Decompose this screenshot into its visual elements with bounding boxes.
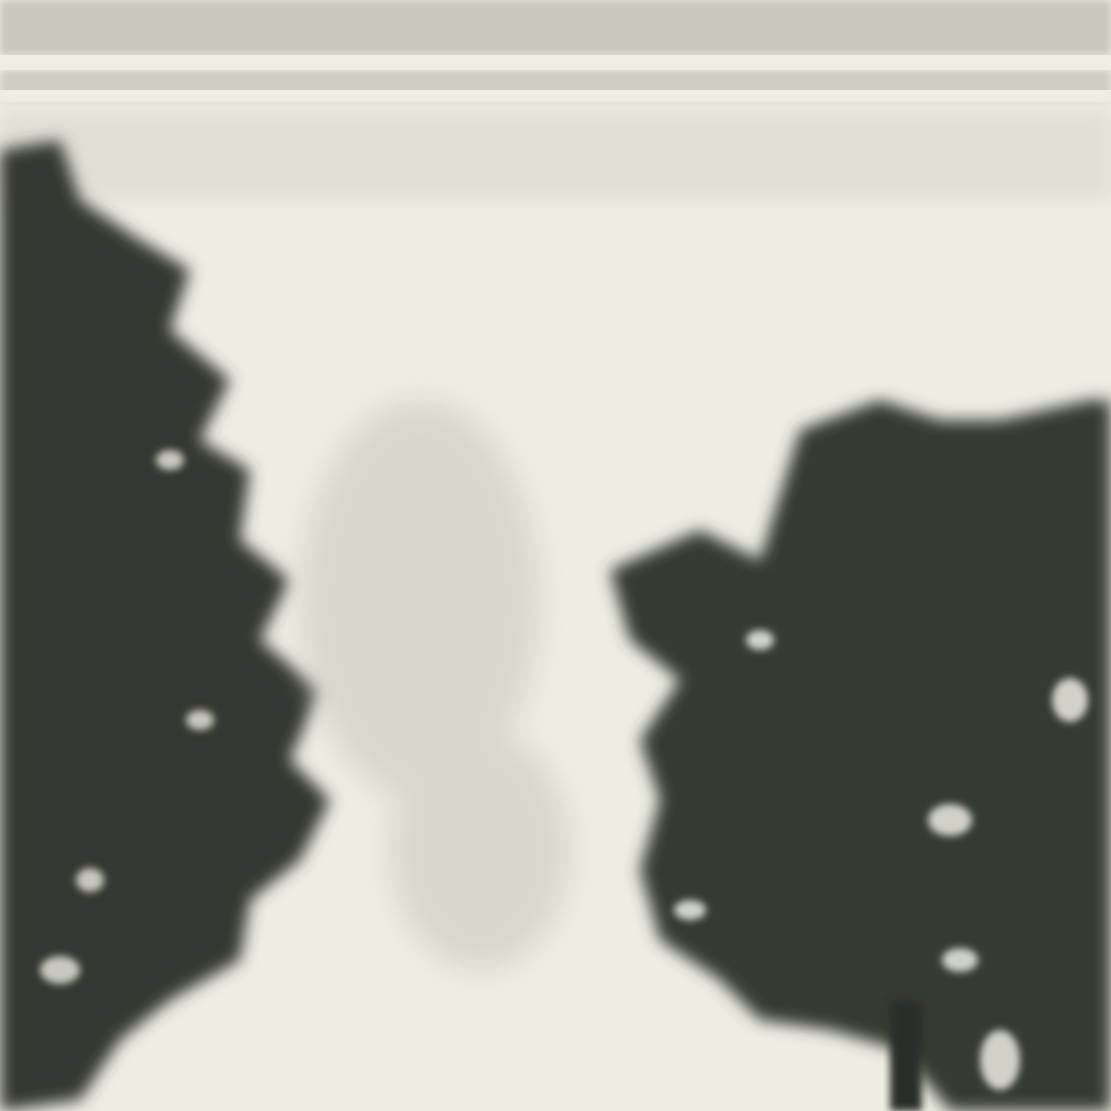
- charcoal-drawing: [0, 0, 1111, 1111]
- horizontal-stripe: [0, 55, 1111, 70]
- right-tree-trunk: [890, 1000, 922, 1111]
- top-band: [0, 0, 1111, 100]
- right-tree: [610, 400, 1111, 1111]
- center-pale-foliage: [300, 400, 570, 970]
- horizontal-stripe: [0, 90, 1111, 102]
- artwork-canvas: [0, 0, 1111, 1111]
